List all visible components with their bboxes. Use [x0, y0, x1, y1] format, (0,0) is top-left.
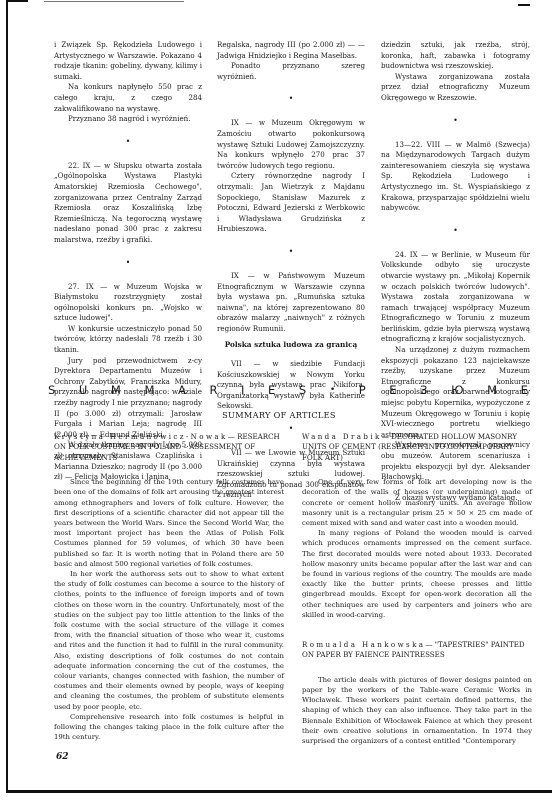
news-paragraph: Cztery równorzędne nagrody I otrzymali: … [217, 171, 365, 235]
article-heading: Wanda Drabik— DECORATED HOLLOW MASONRY U… [302, 432, 532, 463]
page-frame-bottom [6, 790, 552, 793]
news-paragraph: 24. IX — w Berlinie, w Museum für Volksk… [381, 250, 530, 345]
article-heading: Krystyna Hermanowicz-Nowak— RESEARCH ON … [54, 432, 284, 463]
news-paragraph: i Związek Sp. Rękodzieła Ludowego i Arty… [54, 40, 202, 82]
article-author: Romualda Hankowska [302, 640, 425, 649]
banner-letter: Е [389, 383, 396, 397]
banner-letter: М [487, 383, 497, 397]
banner-letter: R [209, 383, 217, 397]
article-author: Wanda Drabik [302, 432, 382, 441]
separator-bullet: • [54, 135, 202, 149]
banner-letter: E [268, 383, 275, 397]
banner-letter: A [178, 383, 186, 397]
news-paragraph: dziedzin sztuki, jak rzeźba, strój, koro… [381, 40, 530, 72]
article-heading: Romualda Hankowska— "TAPESTRIES" PAINTED… [302, 640, 532, 661]
separator-bullet: • [54, 256, 202, 270]
banner-letter: S [299, 383, 306, 397]
article-paragraph: In her work the authoress sets out to sh… [54, 569, 284, 712]
page-number: 62 [56, 752, 69, 762]
banner-letter: M [111, 383, 121, 397]
separator-bullet: • [381, 114, 530, 128]
banner-letter: I [241, 383, 244, 397]
summary-column-right: Wanda Drabik— DECORATED HOLLOW MASONRY U… [302, 432, 532, 746]
summaries-banner: SUMMARIES•РЕЗЮМЕ [48, 380, 528, 400]
banner-letter: M [144, 383, 154, 397]
separator-bullet: • [381, 224, 530, 238]
article-paragraph: One of very few forms of folk art develo… [302, 477, 532, 528]
banner-letter: Ю [451, 383, 463, 397]
summary-column-left: Krystyna Hermanowicz-Nowak— RESEARCH ON … [54, 432, 284, 743]
banner-letter: U [79, 383, 87, 397]
page-frame-tick [518, 4, 530, 6]
banner-letter: З [420, 383, 427, 397]
article-paragraph: Comprehensive research into folk costume… [54, 712, 284, 743]
news-paragraph: Regalska, nagrody III (po 2.000 zł) — — … [217, 40, 365, 61]
news-paragraph: 27. IX — w Muzeum Wojska w Białymstoku r… [54, 282, 202, 324]
page-frame-top [6, 0, 28, 2]
news-paragraph: Przyznano 38 nagród i wyróżnień. [54, 114, 202, 125]
separator-bullet: • [217, 245, 365, 259]
news-paragraph: IX — w Muzeum Okręgowym w Zamościu otwar… [217, 118, 365, 171]
banner-letter: Р [359, 383, 366, 397]
news-paragraph: Wystawa zorganizowana została przez dzia… [381, 72, 530, 104]
article-author: Krystyna Hermanowicz-Nowak [54, 432, 228, 441]
news-paragraph: W konkursie uczestniczyło ponad 50 twórc… [54, 324, 202, 356]
news-paragraph: IX — w Państwowym Muzeum Etnograficznym … [217, 271, 365, 335]
banner-bullet-icon: • [330, 385, 335, 395]
news-paragraph: 22. IX — w Słupsku otwarta została „Ogól… [54, 161, 202, 246]
news-paragraph: 13—22. VIII — w Malmö (Szwecja) na Międz… [381, 140, 530, 214]
banner-letter: S [48, 383, 55, 397]
article-paragraph: The article deals with pictures of flowe… [302, 675, 532, 746]
news-paragraph: Ponadto przyznano szereg wyróżnień. [217, 61, 365, 82]
page-frame-topline [44, 1, 184, 2]
section-heading: Polska sztuka ludowa za granicą [217, 340, 365, 351]
news-paragraph: Na konkurs napłynęło 550 prac z całego k… [54, 82, 202, 114]
separator-bullet: • [217, 92, 365, 106]
banner-letter: Е [521, 383, 528, 397]
article-paragraph: Since the beginning of the 19th century … [54, 477, 284, 569]
page-frame-left [6, 0, 8, 792]
article-paragraph: In many regions of Poland the wooden mou… [302, 528, 532, 620]
summary-of-articles-heading: SUMMARY OF ARTICLES [0, 410, 558, 420]
